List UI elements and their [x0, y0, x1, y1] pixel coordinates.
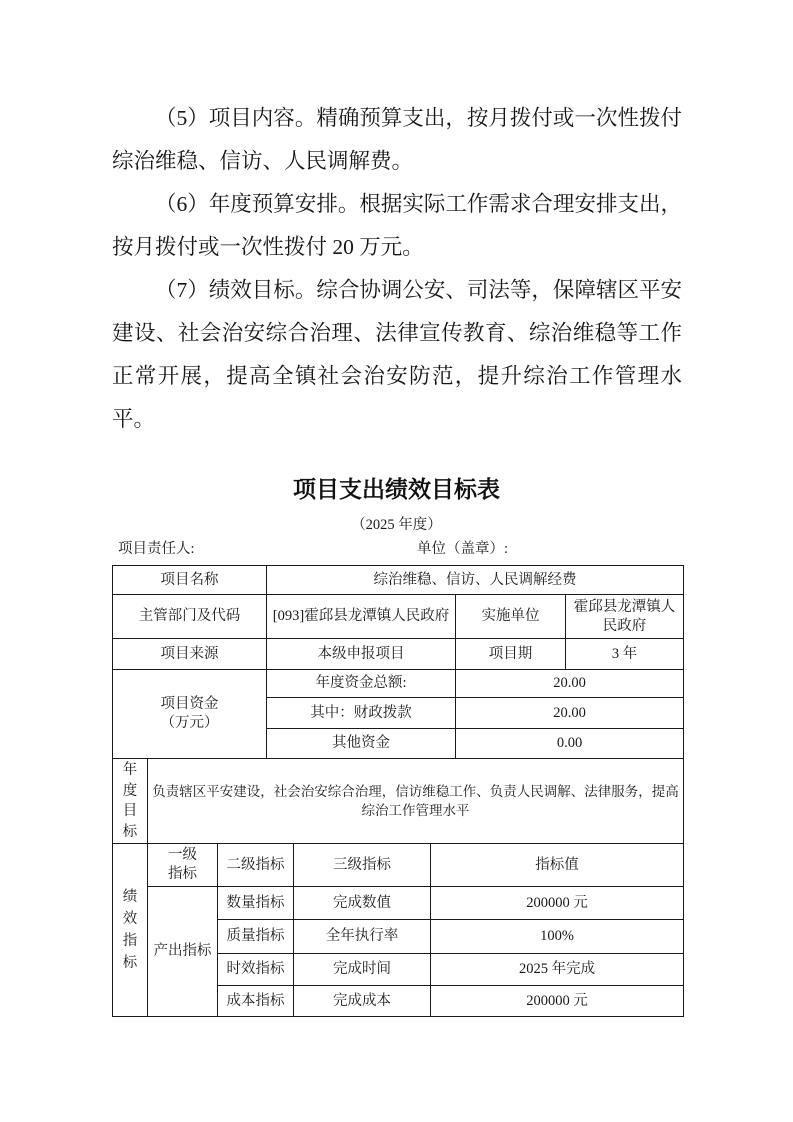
- output-indicator-label: 产出指标: [148, 887, 218, 1017]
- funds-fiscal-value: 20.00: [456, 698, 684, 729]
- indicator-value: 200000 元: [431, 887, 684, 920]
- header-level2: 二级指标: [218, 844, 294, 887]
- indicator-l3: 完成数值: [294, 887, 431, 920]
- responsible-person-label: 项目责任人:: [118, 539, 195, 559]
- paragraph-item-5: （5）项目内容。精确预算支出，按月拨付或一次性拨付综治维稳、信访、人民调解费。: [112, 97, 682, 183]
- impl-unit-label: 实施单位: [456, 595, 566, 639]
- annual-goal-label: 年度目标: [113, 759, 148, 844]
- indicator-l3: 全年执行率: [294, 920, 431, 954]
- table-row: 主管部门及代码 [093]霍邱县龙潭镇人民政府 实施单位 霍邱县龙潭镇人民政府: [113, 595, 684, 639]
- indicator-l2: 数量指标: [218, 887, 294, 920]
- project-period-label: 项目期: [456, 639, 566, 670]
- funds-fiscal-label: 其中：财政拨款: [267, 698, 456, 729]
- funds-other-value: 0.00: [456, 729, 684, 759]
- document-page: （5）项目内容。精确预算支出，按月拨付或一次性拨付综治维稳、信访、人民调解费。 …: [0, 0, 793, 1122]
- performance-indicator-label: 绩效指标: [113, 844, 148, 1017]
- table-row: 绩效指标 一级指标 二级指标 三级指标 指标值: [113, 844, 684, 887]
- unit-seal-label: 单位（盖章）:: [417, 539, 508, 559]
- project-period-value: 3 年: [566, 639, 684, 670]
- table-title: 项目支出绩效目标表: [0, 474, 793, 504]
- dept-code-label: 主管部门及代码: [113, 595, 267, 639]
- funds-total-value: 20.00: [456, 670, 684, 698]
- table-caption-row: 项目责任人: 单位（盖章）:: [112, 539, 683, 559]
- indicator-value: 200000 元: [431, 986, 684, 1017]
- project-source-value: 本级申报项目: [267, 639, 456, 670]
- project-name-value: 综治维稳、信访、人民调解经费: [267, 566, 684, 595]
- indicator-value: 100%: [431, 920, 684, 954]
- indicator-l2: 时效指标: [218, 954, 294, 986]
- indicator-value: 2025 年完成: [431, 954, 684, 986]
- table-row: 项目来源 本级申报项目 项目期 3 年: [113, 639, 684, 670]
- project-source-label: 项目来源: [113, 639, 267, 670]
- funds-other-label: 其他资金: [267, 729, 456, 759]
- table-row: 项目名称 综治维稳、信访、人民调解经费: [113, 566, 684, 595]
- indicator-l2: 成本指标: [218, 986, 294, 1017]
- project-name-label: 项目名称: [113, 566, 267, 595]
- annual-goal-text: 负责辖区平安建设，社会治安综合治理，信访维稳工作、负责人民调解、法律服务，提高综…: [148, 759, 684, 844]
- header-level1: 一级指标: [148, 844, 218, 887]
- indicator-l3: 完成成本: [294, 986, 431, 1017]
- funds-total-label: 年度资金总额:: [267, 670, 456, 698]
- dept-code-value: [093]霍邱县龙潭镇人民政府: [267, 595, 456, 639]
- table-row: 项目资金（万元） 年度资金总额: 20.00: [113, 670, 684, 698]
- paragraph-item-7: （7）绩效目标。综合协调公安、司法等，保障辖区平安建设、社会治安综合治理、法律宣…: [112, 269, 682, 441]
- table-subtitle: （2025 年度）: [0, 515, 793, 535]
- performance-target-table: 项目名称 综治维稳、信访、人民调解经费 主管部门及代码 [093]霍邱县龙潭镇人…: [112, 565, 684, 1017]
- project-funds-label: 项目资金（万元）: [113, 670, 267, 759]
- header-level3: 三级指标: [294, 844, 431, 887]
- paragraph-item-6: （6）年度预算安排。根据实际工作需求合理安排支出，按月拨付或一次性拨付 20 万…: [112, 183, 682, 269]
- indicator-l3: 完成时间: [294, 954, 431, 986]
- indicator-l2: 质量指标: [218, 920, 294, 954]
- table-row: 年度目标 负责辖区平安建设，社会治安综合治理，信访维稳工作、负责人民调解、法律服…: [113, 759, 684, 844]
- impl-unit-value: 霍邱县龙潭镇人民政府: [566, 595, 684, 639]
- header-value: 指标值: [431, 844, 684, 887]
- body-paragraphs: （5）项目内容。精确预算支出，按月拨付或一次性拨付综治维稳、信访、人民调解费。 …: [112, 97, 682, 441]
- table-row: 产出指标 数量指标 完成数值 200000 元: [113, 887, 684, 920]
